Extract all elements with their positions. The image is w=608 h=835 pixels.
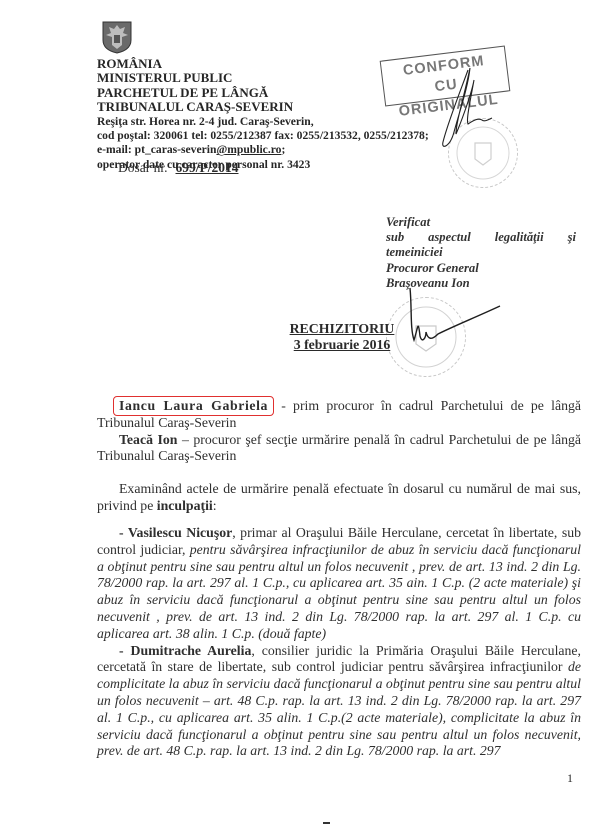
intro-end: : [213, 498, 217, 513]
verif-word: sub [386, 230, 404, 245]
verif-line2: sub aspectul legalităţii şi [386, 230, 576, 245]
intro-paragraph: Examinând actele de urmărire penală efec… [97, 481, 581, 515]
verification-block: Verificat sub aspectul legalităţii şi te… [386, 215, 576, 291]
verif-word: şi [568, 230, 576, 245]
defendant-prefix: - [119, 525, 128, 540]
verif-line3: temeiniciei [386, 245, 576, 260]
ministry-name: MINISTERUL PUBLIC [97, 71, 429, 85]
office-name-line1: PARCHETUL DE PE LÂNGĂ [97, 86, 429, 100]
prosecutor-entry: Teacă Ion – procuror şef secţie urmărire… [97, 432, 581, 466]
office-name-line2: TRIBUNALUL CARAŞ-SEVERIN [97, 100, 429, 114]
prosecutors-section: Iancu Laura Gabriela - prim procuror în … [97, 398, 581, 465]
defendant-entry: - Dumitrache Aurelia, consilier juridic … [97, 643, 581, 761]
institution-header: ROMÂNIA MINISTERUL PUBLIC PARCHETUL DE P… [97, 57, 429, 172]
intro-bold: inculpaţii [157, 498, 213, 513]
prosecutor-name: Teacă Ion [119, 432, 177, 447]
document-title: RECHIZITORIU [76, 321, 608, 337]
defendant-name: Vasilescu Nicuşor [128, 525, 232, 540]
verif-line1: Verificat [386, 215, 576, 230]
romania-coat-of-arms-icon [101, 20, 133, 54]
highlighted-prosecutor-name[interactable]: Iancu Laura Gabriela [113, 396, 274, 416]
document-date: 3 februarie 2016 [76, 337, 608, 353]
document-title-block: RECHIZITORIU 3 februarie 2016 [0, 321, 608, 353]
scan-mark [323, 822, 330, 824]
email-domain-link[interactable]: @mpublic.ro [216, 143, 281, 156]
verif-line4: Procuror General [386, 261, 576, 276]
upper-signature-icon [438, 62, 518, 157]
defendant-entry: - Vasilescu Nicuşor, primar al Oraşului … [97, 525, 581, 643]
verif-word: aspectul [428, 230, 471, 245]
defendant-prefix: - [119, 643, 131, 658]
verif-word: legalităţii [495, 230, 544, 245]
office-address: Reşiţa str. Horea nr. 2-4 jud. Caraş-Sev… [97, 115, 429, 129]
prosecutor-entry: Iancu Laura Gabriela - prim procuror în … [97, 398, 581, 432]
office-email: e-mail: pt_caras-severin@mpublic.ro; [97, 143, 429, 157]
defendant-name: Dumitrache Aurelia [131, 643, 252, 658]
defendants-section: - Vasilescu Nicuşor, primar al Oraşului … [97, 525, 581, 760]
email-label: e-mail: pt_caras-severin [97, 143, 216, 156]
country-name: ROMÂNIA [97, 57, 429, 71]
dosar-number: 699/P/2014 [176, 160, 239, 175]
page-number: 1 [567, 771, 573, 786]
dosar-label: Dosar nr. [118, 160, 168, 175]
case-file-number: Dosar nr.699/P/2014 [118, 160, 239, 176]
email-end: ; [281, 143, 285, 156]
office-contact: cod poştal: 320061 tel: 0255/212387 fax:… [97, 129, 429, 143]
